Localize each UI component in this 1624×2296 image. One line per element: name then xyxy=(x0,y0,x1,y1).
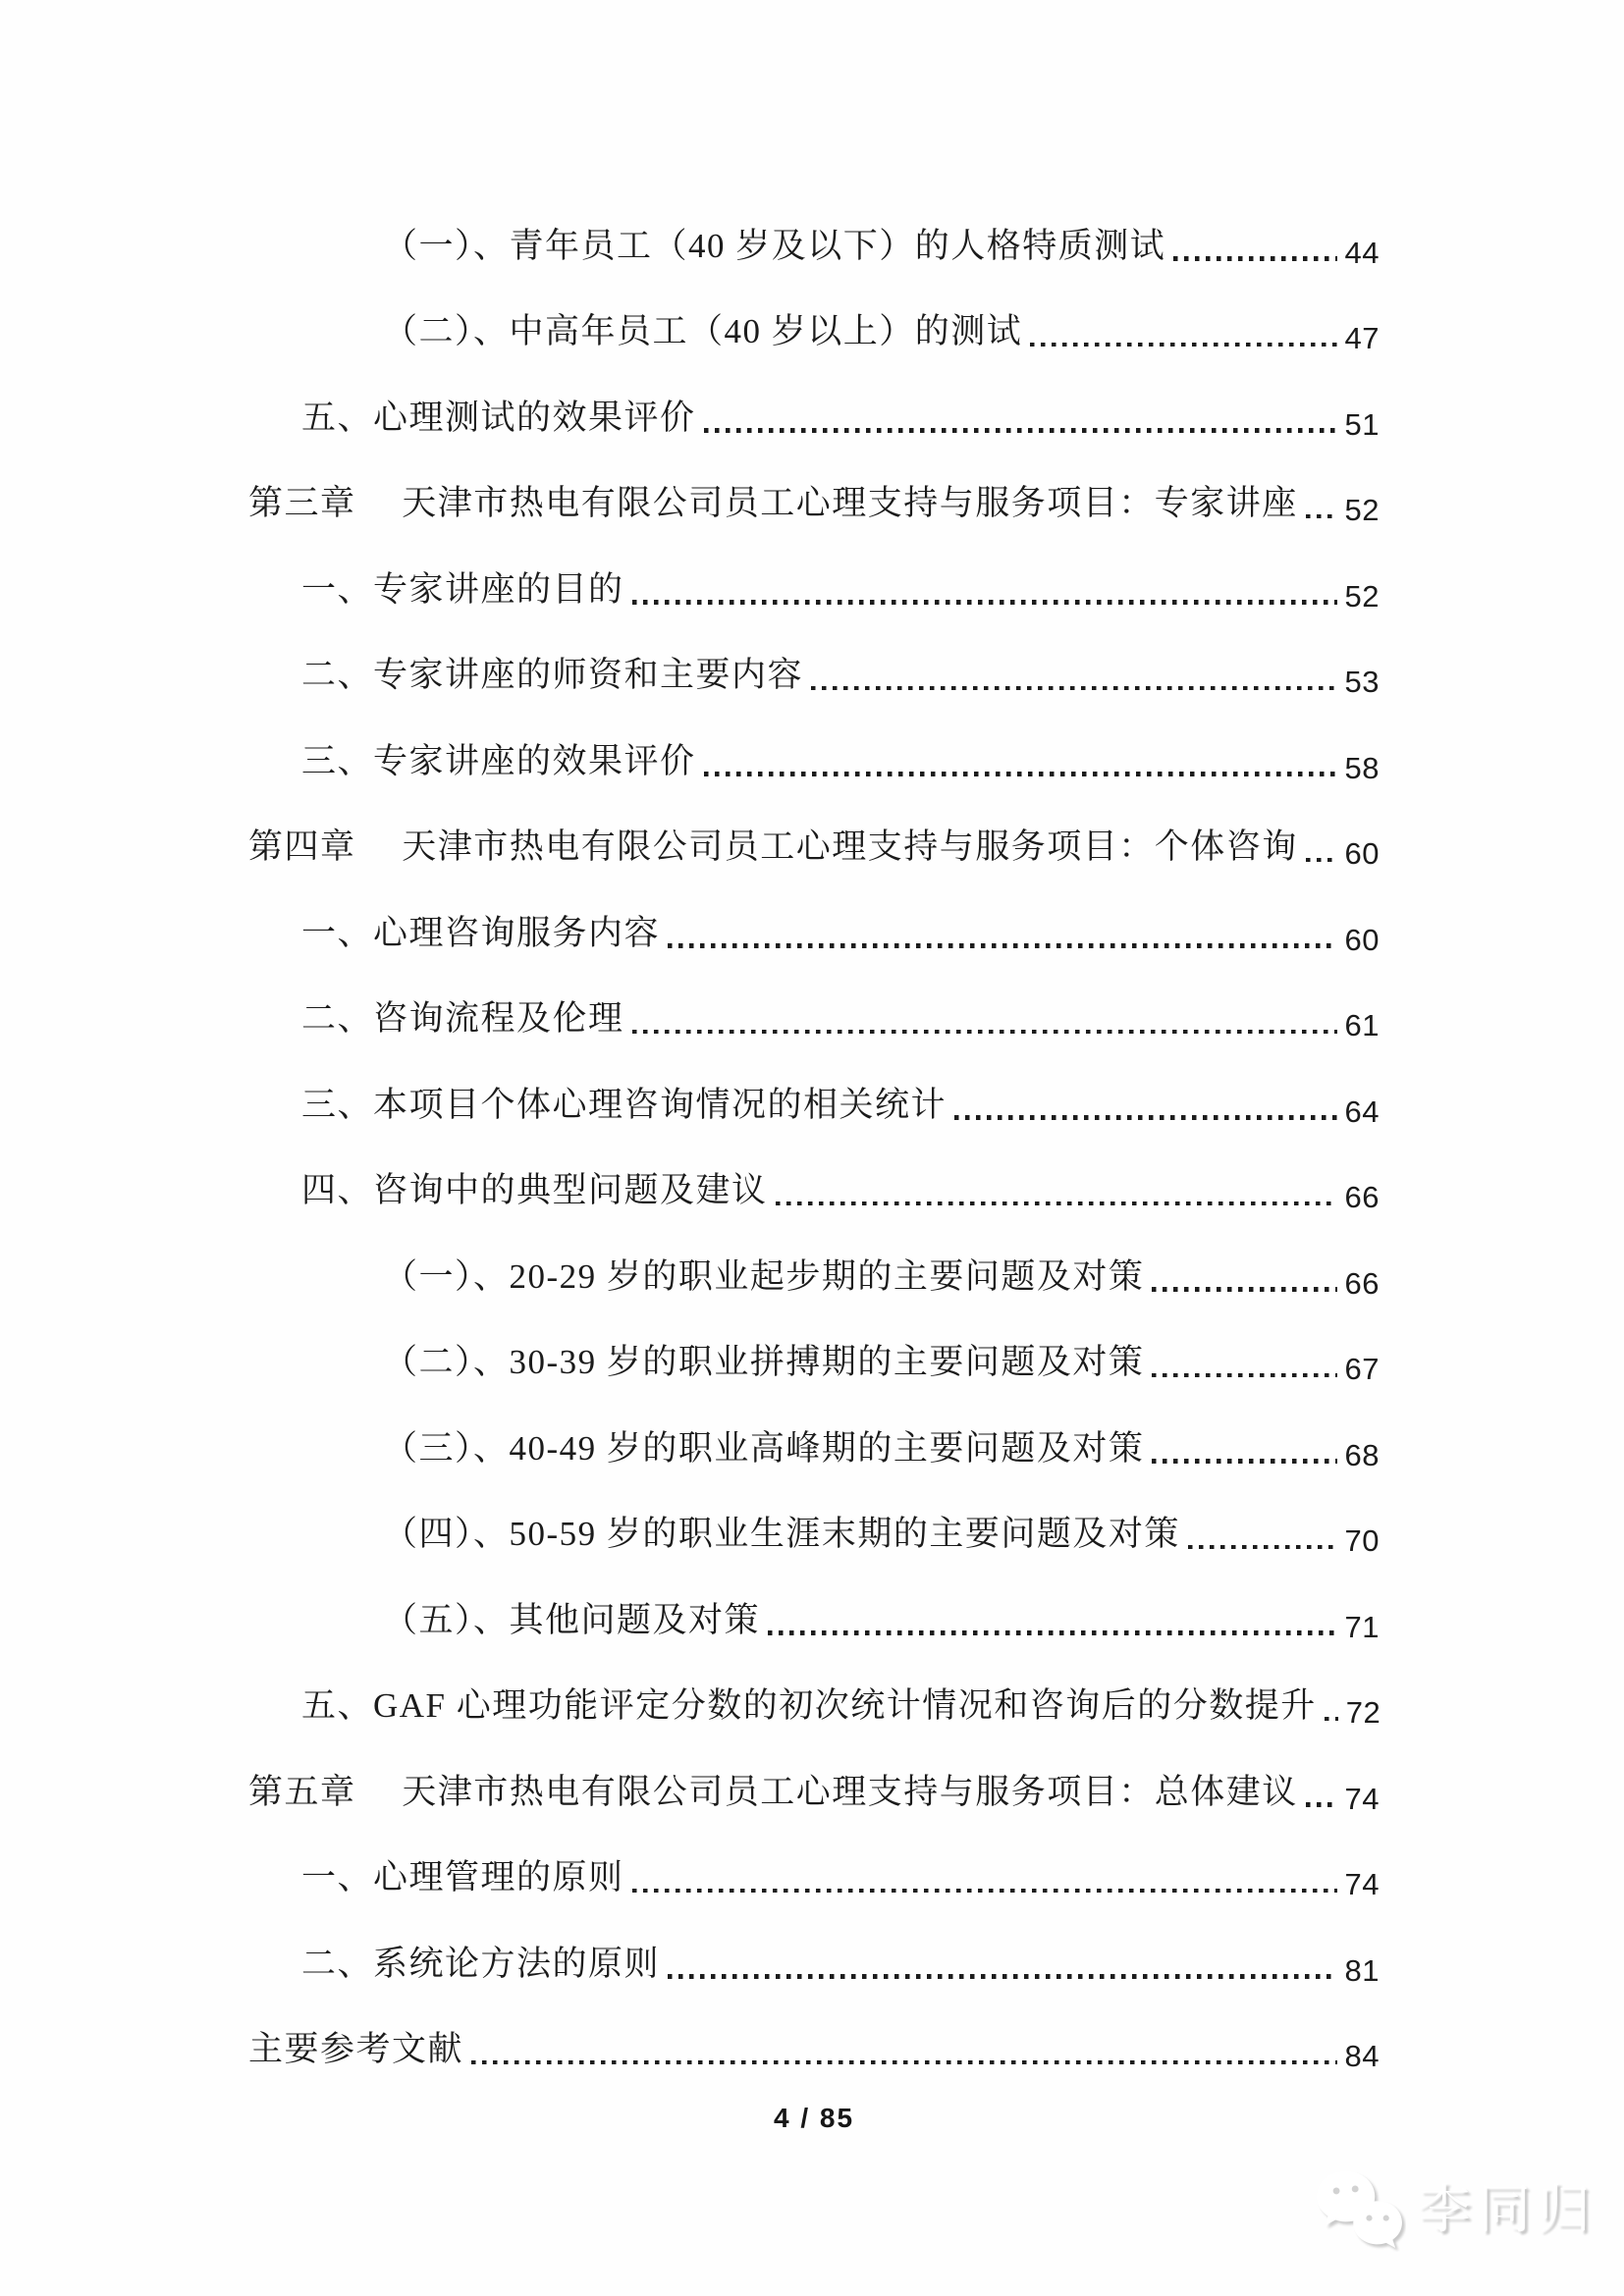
toc-entry[interactable]: （二）、中高年员工（40 岁以上）的测试47 xyxy=(248,287,1380,373)
toc-entry-title: 第四章 天津市热电有限公司员工心理支持与服务项目：个体咨询 xyxy=(248,829,1298,864)
toc-entry[interactable]: 五、心理测试的效果评价51 xyxy=(248,372,1380,458)
toc-entry[interactable]: （一）、20-29 岁的职业起步期的主要问题及对策66 xyxy=(248,1231,1380,1317)
toc-entry[interactable]: （一）、青年员工（40 岁及以下）的人格特质测试44 xyxy=(248,200,1380,287)
dot-leader xyxy=(1188,1545,1337,1550)
dot-leader xyxy=(1152,1373,1336,1378)
wechat-icon xyxy=(1312,2167,1406,2252)
toc-entry-title: 第五章 天津市热电有限公司员工心理支持与服务项目：总体建议 xyxy=(248,1775,1298,1809)
toc-entry[interactable]: 二、系统论方法的原则81 xyxy=(248,1918,1380,2004)
toc-entry-page: 53 xyxy=(1345,667,1380,697)
toc-entry-page: 72 xyxy=(1346,1697,1380,1728)
watermark: 李同归 xyxy=(1312,2167,1597,2252)
toc-entry-page: 47 xyxy=(1345,323,1380,353)
toc-entry-title: 五、心理测试的效果评价 xyxy=(301,400,696,435)
dot-leader xyxy=(768,1630,1337,1635)
toc-entry-page: 66 xyxy=(1345,1182,1380,1212)
dot-leader xyxy=(668,943,1337,948)
dot-leader xyxy=(1306,1802,1337,1807)
dot-leader xyxy=(632,1030,1337,1035)
toc-entry-page: 74 xyxy=(1345,1869,1380,1899)
dot-leader xyxy=(811,686,1337,691)
toc-entry-title: （二）、30-39 岁的职业拼搏期的主要问题及对策 xyxy=(383,1345,1144,1379)
toc-entry-title: （三）、40-49 岁的职业高峰期的主要问题及对策 xyxy=(383,1431,1144,1466)
dot-leader xyxy=(1325,1717,1338,1722)
toc-entry-title: 一、专家讲座的目的 xyxy=(301,572,624,607)
toc-entry-title: （一）、20-29 岁的职业起步期的主要问题及对策 xyxy=(383,1259,1144,1294)
toc-entry[interactable]: （三）、40-49 岁的职业高峰期的主要问题及对策68 xyxy=(248,1403,1380,1489)
toc-entry[interactable]: 三、本项目个体心理咨询情况的相关统计64 xyxy=(248,1059,1380,1146)
dot-leader xyxy=(471,2060,1337,2065)
dot-leader xyxy=(704,428,1337,433)
dot-leader xyxy=(632,1889,1337,1894)
toc-entry-title: 主要参考文献 xyxy=(248,2032,463,2066)
toc-entry-page: 60 xyxy=(1345,925,1380,955)
toc-entry-title: 一、心理管理的原则 xyxy=(301,1860,624,1895)
toc-entry-title: 二、咨询流程及伦理 xyxy=(301,1001,624,1036)
toc-entry-page: 66 xyxy=(1345,1268,1380,1299)
toc-entry-page: 70 xyxy=(1345,1525,1380,1556)
toc-entry[interactable]: 主要参考文献84 xyxy=(248,2004,1380,2091)
dot-leader xyxy=(1152,1287,1336,1292)
dot-leader xyxy=(954,1115,1337,1120)
dot-leader xyxy=(1173,256,1336,261)
toc-entry-page: 61 xyxy=(1345,1010,1380,1041)
toc-entry[interactable]: 一、心理咨询服务内容60 xyxy=(248,887,1380,974)
toc-entry[interactable]: （四）、50-59 岁的职业生涯末期的主要问题及对策70 xyxy=(248,1489,1380,1575)
dot-leader xyxy=(704,772,1337,776)
toc-entry-page: 58 xyxy=(1345,753,1380,783)
toc-entry-title: 一、心理咨询服务内容 xyxy=(301,916,660,950)
toc-entry-page: 64 xyxy=(1345,1096,1380,1127)
dot-leader xyxy=(776,1201,1337,1206)
toc-entry[interactable]: 二、咨询流程及伦理61 xyxy=(248,974,1380,1060)
toc-entry-title: 二、专家讲座的师资和主要内容 xyxy=(301,658,803,692)
toc-entry[interactable]: 二、专家讲座的师资和主要内容53 xyxy=(248,630,1380,717)
toc-entry[interactable]: （二）、30-39 岁的职业拼搏期的主要问题及对策67 xyxy=(248,1317,1380,1404)
table-of-contents: （一）、青年员工（40 岁及以下）的人格特质测试44（二）、中高年员工（40 岁… xyxy=(248,200,1380,2090)
toc-entry-page: 67 xyxy=(1345,1354,1380,1384)
dot-leader xyxy=(668,1974,1337,1979)
toc-entry-title: （五）、其他问题及对策 xyxy=(383,1603,760,1637)
page-number-footer: 4 / 85 xyxy=(248,2103,1380,2134)
document-page: （一）、青年员工（40 岁及以下）的人格特质测试44（二）、中高年员工（40 岁… xyxy=(0,0,1624,2296)
watermark-text: 李同归 xyxy=(1418,2183,1597,2236)
toc-entry-title: 三、本项目个体心理咨询情况的相关统计 xyxy=(301,1088,947,1122)
toc-entry-title: 第三章 天津市热电有限公司员工心理支持与服务项目：专家讲座 xyxy=(248,486,1298,520)
dot-leader xyxy=(1306,858,1337,863)
toc-entry[interactable]: 一、专家讲座的目的52 xyxy=(248,544,1380,630)
toc-entry-title: （一）、青年员工（40 岁及以下）的人格特质测试 xyxy=(383,229,1165,263)
toc-entry-title: （二）、中高年员工（40 岁以上）的测试 xyxy=(383,314,1022,348)
toc-entry-page: 52 xyxy=(1345,581,1380,612)
toc-entry-title: 四、咨询中的典型问题及建议 xyxy=(301,1173,768,1207)
toc-entry-page: 51 xyxy=(1345,409,1380,440)
toc-entry[interactable]: 第四章 天津市热电有限公司员工心理支持与服务项目：个体咨询60 xyxy=(248,802,1380,888)
toc-entry-page: 52 xyxy=(1345,495,1380,525)
toc-entry-page: 74 xyxy=(1345,1784,1380,1814)
toc-entry-page: 60 xyxy=(1345,838,1380,869)
toc-entry-page: 84 xyxy=(1345,2041,1380,2071)
toc-entry[interactable]: 一、心理管理的原则74 xyxy=(248,1833,1380,1919)
toc-entry-title: 二、系统论方法的原则 xyxy=(301,1947,660,1981)
toc-entry[interactable]: 四、咨询中的典型问题及建议66 xyxy=(248,1146,1380,1232)
toc-entry-title: 三、专家讲座的效果评价 xyxy=(301,744,696,778)
toc-entry[interactable]: （五）、其他问题及对策71 xyxy=(248,1575,1380,1661)
toc-entry-title: 五、GAF 心理功能评定分数的初次统计情况和咨询后的分数提升 xyxy=(301,1688,1317,1723)
toc-entry-page: 68 xyxy=(1345,1440,1380,1470)
toc-entry-page: 71 xyxy=(1345,1612,1380,1642)
dot-leader xyxy=(632,600,1337,605)
toc-entry[interactable]: 第五章 天津市热电有限公司员工心理支持与服务项目：总体建议74 xyxy=(248,1746,1380,1833)
dot-leader xyxy=(1306,514,1337,519)
dot-leader xyxy=(1030,343,1336,347)
toc-entry-page: 44 xyxy=(1345,238,1380,268)
toc-entry[interactable]: 三、专家讲座的效果评价58 xyxy=(248,716,1380,802)
toc-entry-title: （四）、50-59 岁的职业生涯末期的主要问题及对策 xyxy=(383,1517,1180,1551)
toc-entry[interactable]: 第三章 天津市热电有限公司员工心理支持与服务项目：专家讲座52 xyxy=(248,458,1380,545)
dot-leader xyxy=(1152,1459,1336,1464)
toc-entry[interactable]: 五、GAF 心理功能评定分数的初次统计情况和咨询后的分数提升72 xyxy=(248,1661,1380,1747)
toc-entry-page: 81 xyxy=(1345,1955,1380,1986)
